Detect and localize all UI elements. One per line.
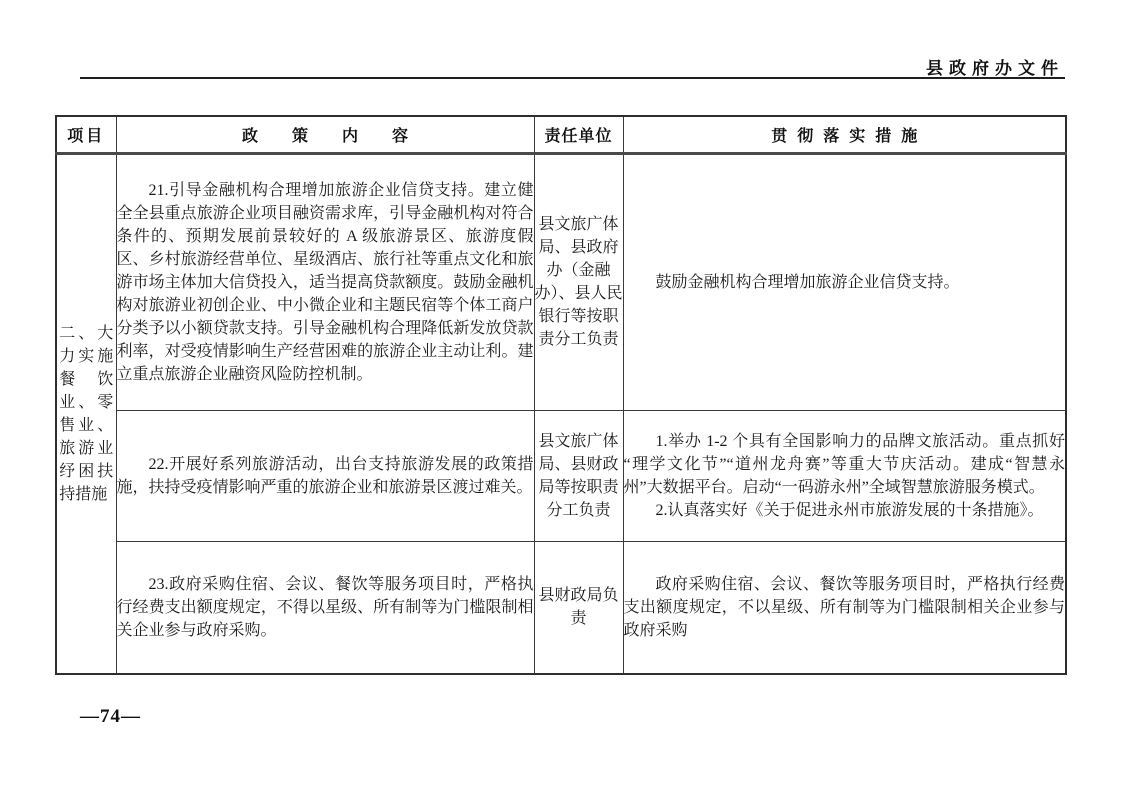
unit-cell-23: 县财政局负责: [534, 541, 623, 674]
policy-cell-21: 21.引导金融机构合理增加旅游企业信贷支持。建立健全全县重点旅游企业项目融资需求…: [116, 153, 534, 410]
table-row-policy-21: 二、大力实施餐饮业、零售业、旅游业纾困扶持措施 21.引导金融机构合理增加旅游企…: [56, 153, 1066, 410]
measures-cell-22: 1.举办 1-2 个具有全国影响力的品牌文旅活动。重点抓好 “理学文化节”“道州…: [623, 410, 1066, 541]
column-header-unit: 责任单位: [534, 116, 623, 153]
policy-text-23: 23.政府采购住宿、会议、餐饮等服务项目时，严格执行经费支出额度规定，不得以星级…: [117, 573, 534, 642]
unit-cell-22: 县文旅广体局、县财政局等按职责分工负责: [534, 410, 623, 541]
measure-text-21: 鼓励金融机构合理增加旅游企业信贷支持。: [624, 271, 1066, 294]
unit-text-22: 县文旅广体局、县财政局等按职责分工负责: [535, 430, 623, 522]
page-number: —74—: [80, 706, 141, 728]
column-header-policy: 政策内容: [116, 116, 534, 153]
table-row-policy-22: 22.开展好系列旅游活动，出台支持旅游发展的政策措施，扶持受疫情影响严重的旅游企…: [56, 410, 1066, 541]
policy-text-22: 22.开展好系列旅游活动，出台支持旅游发展的政策措施，扶持受疫情影响严重的旅游企…: [117, 453, 534, 499]
project-group-label: 二、大力实施餐饮业、零售业、旅游业纾困扶持措施: [59, 322, 113, 506]
document-header-title: 县政府办文件: [926, 54, 1064, 79]
document-page: 县政府办文件 项目 政策内容 责任单位 贯彻落实措施 二、大力实施餐饮业、零售业…: [0, 0, 1122, 793]
unit-cell-21: 县文旅广体局、县政府办（金融办）、县人民银行等按职责分工负责: [534, 153, 623, 410]
table-row-policy-23: 23.政府采购住宿、会议、餐饮等服务项目时，严格执行经费支出额度规定，不得以星级…: [56, 541, 1066, 674]
project-group-cell: 二、大力实施餐饮业、零售业、旅游业纾困扶持措施: [56, 153, 116, 674]
policy-table: 项目 政策内容 责任单位 贯彻落实措施 二、大力实施餐饮业、零售业、旅游业纾困扶…: [55, 115, 1067, 675]
unit-text-23: 县财政局负责: [535, 584, 623, 630]
measure-text-22-item-1: 1.举办 1-2 个具有全国影响力的品牌文旅活动。重点抓好 “理学文化节”“道州…: [624, 430, 1066, 499]
policy-cell-23: 23.政府采购住宿、会议、餐饮等服务项目时，严格执行经费支出额度规定，不得以星级…: [116, 541, 534, 674]
column-header-measures: 贯彻落实措施: [623, 116, 1066, 153]
table-header-row: 项目 政策内容 责任单位 贯彻落实措施: [56, 116, 1066, 153]
measures-cell-23: 政府采购住宿、会议、餐饮等服务项目时，严格执行经费支出额度规定，不以星级、所有制…: [623, 541, 1066, 674]
measures-cell-21: 鼓励金融机构合理增加旅游企业信贷支持。: [623, 153, 1066, 410]
header-rule: [80, 77, 1065, 79]
unit-text-21: 县文旅广体局、县政府办（金融办）、县人民银行等按职责分工负责: [535, 213, 623, 351]
measure-text-23: 政府采购住宿、会议、餐饮等服务项目时，严格执行经费支出额度规定，不以星级、所有制…: [624, 573, 1066, 642]
policy-text-21: 21.引导金融机构合理增加旅游企业信贷支持。建立健全全县重点旅游企业项目融资需求…: [117, 179, 534, 386]
column-header-project: 项目: [56, 116, 116, 153]
measure-text-22-item-2: 2.认真落实好《关于促进永州市旅游发展的十条措施》。: [624, 499, 1066, 522]
policy-cell-22: 22.开展好系列旅游活动，出台支持旅游发展的政策措施，扶持受疫情影响严重的旅游企…: [116, 410, 534, 541]
